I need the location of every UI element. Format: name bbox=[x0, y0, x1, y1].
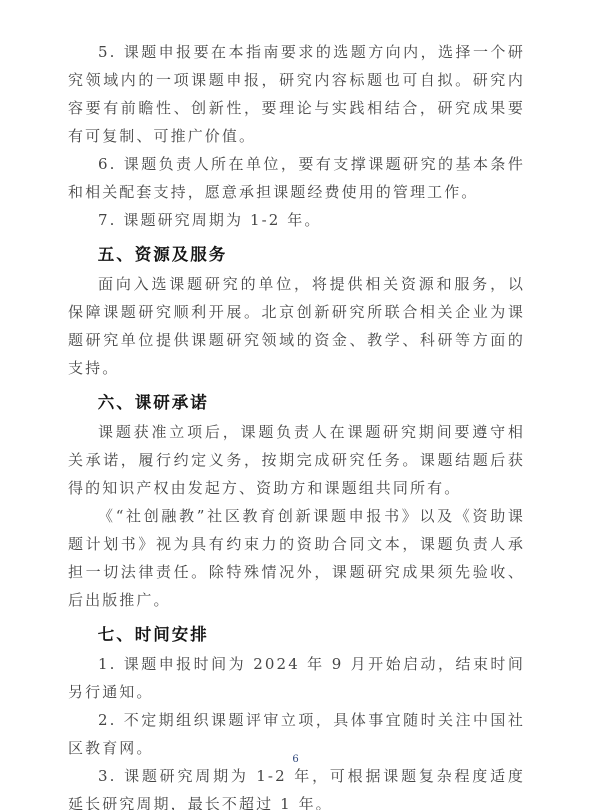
paragraph-schedule-1: 1. 课题申报时间为 2024 年 9 月开始启动，结束时间另行通知。 bbox=[68, 650, 525, 706]
page-footer: 6 bbox=[0, 747, 591, 766]
section-heading-time-schedule: 七、时间安排 bbox=[68, 621, 525, 649]
paragraph-commitment-2: 《“社创融教”社区教育创新课题申报书》以及《资助课题计划书》视为具有约束力的资助… bbox=[68, 502, 525, 614]
paragraph-item-7: 7. 课题研究周期为 1-2 年。 bbox=[68, 206, 525, 234]
paragraph-item-5: 5. 课题申报要在本指南要求的选题方向内，选择一个研究领域内的一项课题申报，研究… bbox=[68, 38, 525, 150]
paragraph-commitment-1: 课题获准立项后，课题负责人在课题研究期间要遵守相关承诺，履行约定义务，按期完成研… bbox=[68, 418, 525, 502]
paragraph-resources-services: 面向入选课题研究的单位，将提供相关资源和服务，以保障课题研究顺利开展。北京创新研… bbox=[68, 270, 525, 382]
paragraph-item-6: 6. 课题负责人所在单位，要有支撑课题研究的基本条件和相关配套支持，愿意承担课题… bbox=[68, 150, 525, 206]
document-content: 5. 课题申报要在本指南要求的选题方向内，选择一个研究领域内的一项课题申报，研究… bbox=[68, 38, 525, 810]
section-heading-resources-services: 五、资源及服务 bbox=[68, 241, 525, 269]
document-page: 5. 课题申报要在本指南要求的选题方向内，选择一个研究领域内的一项课题申报，研究… bbox=[0, 0, 591, 810]
page-number: 6 bbox=[292, 754, 298, 765]
section-heading-research-commitment: 六、课研承诺 bbox=[68, 389, 525, 417]
paragraph-schedule-3: 3. 课题研究周期为 1-2 年，可根据课题复杂程度适度延长研究周期，最长不超过… bbox=[68, 762, 525, 810]
